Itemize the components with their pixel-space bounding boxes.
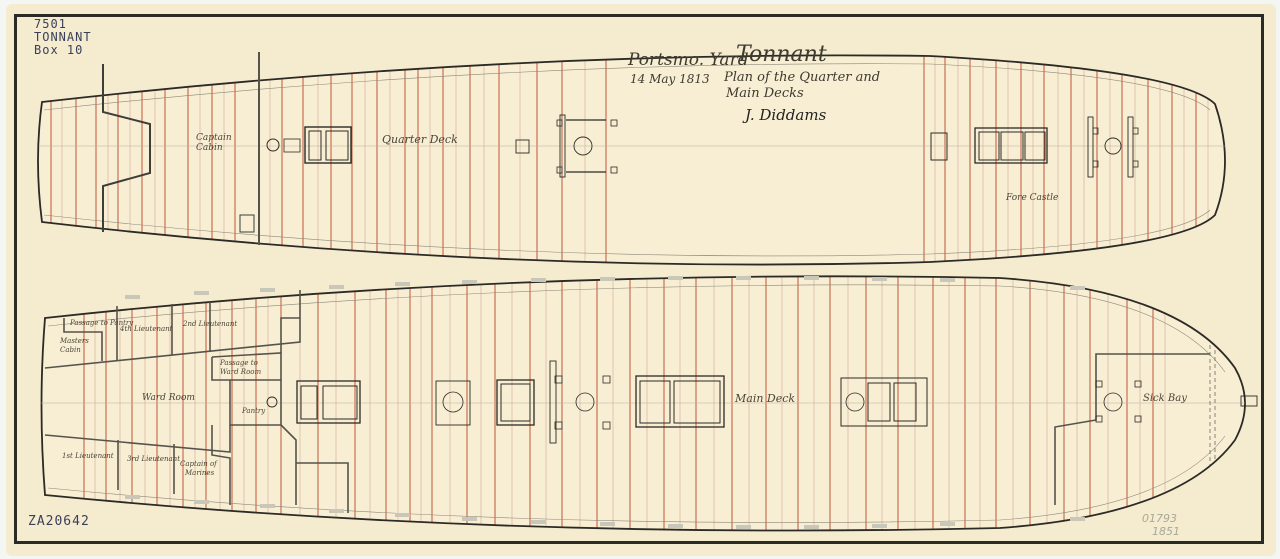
label-1st-lieutenant: 1st Lieutenant bbox=[62, 452, 114, 460]
title-description-1: Plan of the Quarter and bbox=[724, 70, 880, 85]
title-yard: Portsmo. Yard bbox=[628, 50, 749, 70]
title-date: 14 May 1813 bbox=[630, 72, 710, 86]
pencil-note-1: 01793 bbox=[1142, 512, 1177, 525]
label-3rd-lieutenant: 3rd Lieutenant bbox=[127, 455, 180, 463]
label-2nd-lieutenant: 2nd Lieutenant bbox=[183, 320, 237, 328]
catalog-id: ZA20642 bbox=[28, 515, 90, 528]
label-captain-marines-2: Marines bbox=[185, 469, 214, 477]
label-masters-cabin-2: Cabin bbox=[60, 346, 81, 354]
label-4th-lieutenant: 4th Lieutenant bbox=[120, 325, 173, 333]
quarter-deck-plan bbox=[0, 0, 1280, 300]
main-deck-plan bbox=[0, 260, 1280, 550]
label-passage-ward-room-2: Ward Room bbox=[220, 368, 261, 376]
label-captains-cabin-2: Cabin bbox=[196, 143, 223, 153]
label-pantry: Pantry bbox=[242, 407, 265, 415]
label-ward-room: Ward Room bbox=[142, 393, 195, 403]
signature: J. Diddams bbox=[745, 106, 826, 124]
label-captains-cabin-1: Captain bbox=[196, 133, 232, 143]
label-main-deck: Main Deck bbox=[735, 392, 795, 405]
title-ship-name: Tonnant bbox=[736, 42, 827, 67]
title-description-2: Main Decks bbox=[726, 86, 804, 101]
label-fore-castle: Fore Castle bbox=[1006, 193, 1058, 203]
label-passage-ward-room-1: Passage to bbox=[220, 359, 258, 367]
label-quarter-deck: Quarter Deck bbox=[382, 133, 458, 146]
pencil-note-2: 1851 bbox=[1152, 525, 1180, 538]
label-masters-cabin-1: Masters bbox=[60, 337, 89, 345]
archive-box: Box 10 bbox=[34, 44, 83, 57]
label-sick-bay: Sick Bay bbox=[1143, 393, 1187, 404]
label-captain-marines-1: Captain of bbox=[180, 460, 217, 468]
